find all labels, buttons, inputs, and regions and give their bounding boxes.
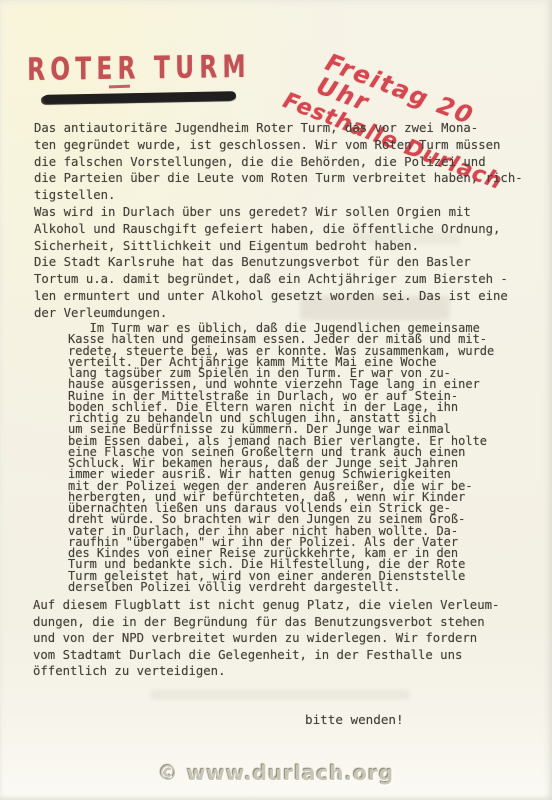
intro-paragraph: Das antiautoritäre Jugendheim Roter Turm… <box>34 120 523 322</box>
page-title: ROTER TURM <box>27 49 251 88</box>
turn-over-note: bitte wenden! <box>305 712 404 727</box>
redaction-bar <box>43 91 236 104</box>
watermark-text: © www.durlach.org <box>0 761 552 785</box>
indented-paragraph: Im Turm war es üblich, daß die Jugendlic… <box>68 323 494 593</box>
title-underscore-mark <box>109 85 130 89</box>
bleedthrough-smudge <box>150 690 410 699</box>
flyer-page: ROTER TURM Freitag 20 Uhr Festhalle Durl… <box>0 0 552 800</box>
closing-paragraph: Auf diesem Flugblatt ist nicht genug Pla… <box>33 597 499 680</box>
